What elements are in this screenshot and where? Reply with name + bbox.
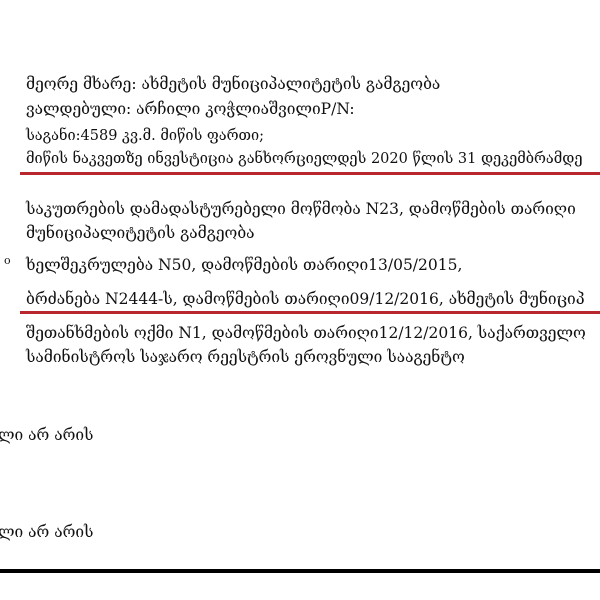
bullet-icon: o bbox=[4, 254, 11, 267]
not-present-line-1: ლი არ არის bbox=[0, 425, 93, 445]
order-line: ბრძანება N2444-ს, დამოწმების თარიღი09/12… bbox=[26, 289, 585, 309]
obligated-party-line: ვალდებული: არჩილი კოჭლიაშვილიP/N: bbox=[26, 99, 355, 119]
ownership-certificate-line: საკუთრების დამადასტურებელი მოწმობა N23, … bbox=[26, 199, 576, 219]
agreement-act-line: შეთანხმების ოქმი N1, დამოწმების თარიღი12… bbox=[26, 323, 586, 343]
agreement-act-continuation: სამინისტროს საჯარო რეესტრის ეროვნული საა… bbox=[26, 347, 465, 367]
highlight-underline bbox=[20, 311, 600, 314]
subject-line: საგანი:4589 კვ.მ. მიწის ფართი; bbox=[26, 126, 264, 146]
not-present-line-2: ლი არ არის bbox=[0, 522, 93, 542]
ownership-certificate-continuation: მუნიციპალიტეტის გამგეობა bbox=[26, 223, 255, 243]
second-party-line: მეორე მხარე: ახმეტის მუნიციპალიტეტის გამ… bbox=[26, 74, 440, 94]
investment-line: მიწის ნაკვეთზე ინვესტიცია განხორციელდეს … bbox=[26, 149, 583, 169]
contract-line: ხელშეკრულება N50, დამოწმების თარიღი13/05… bbox=[26, 255, 462, 275]
highlight-underline bbox=[20, 172, 600, 175]
section-divider bbox=[0, 569, 600, 573]
